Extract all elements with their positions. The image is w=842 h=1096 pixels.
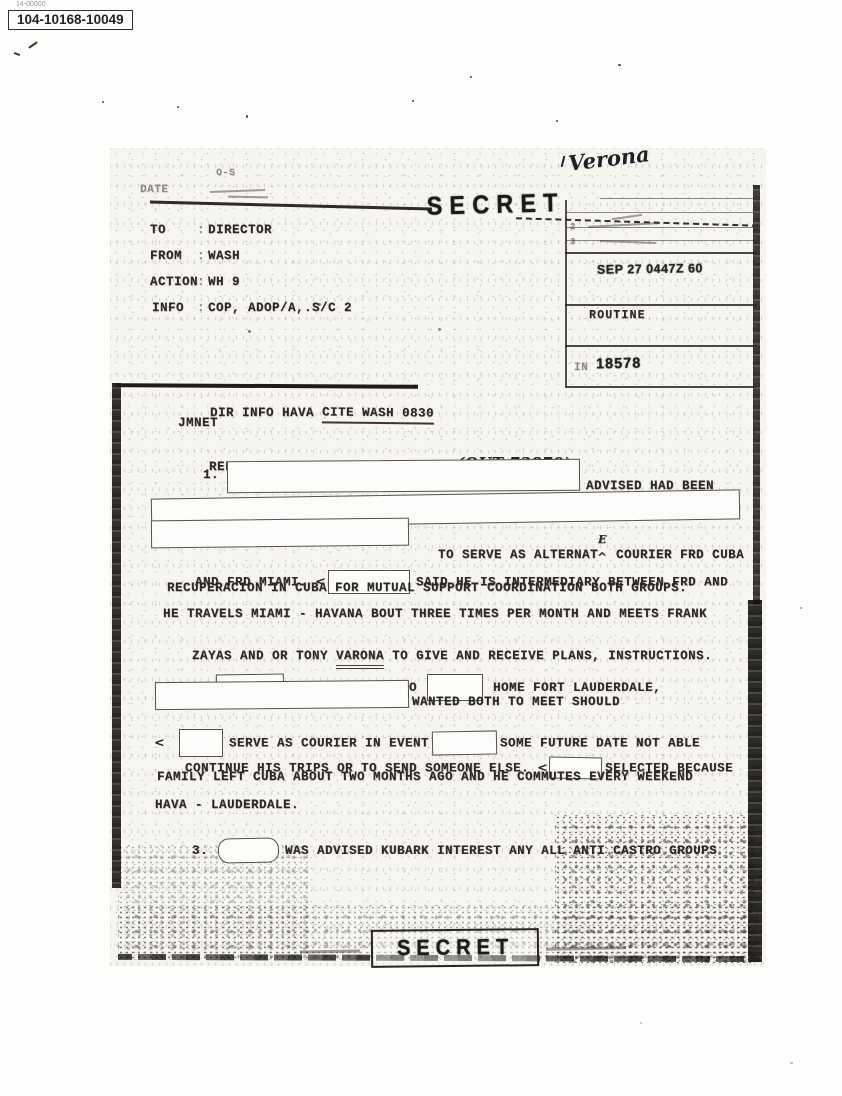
- record-number-box: 104-10168-10049: [8, 10, 133, 30]
- cite-underlined: CITE WASH 0830: [322, 404, 434, 424]
- faint-orig-mark: O-S: [216, 166, 236, 182]
- info-value: COP, ADOP/A,.S/C 2: [208, 300, 352, 316]
- to-label: TO: [150, 222, 166, 238]
- redaction-box: [151, 518, 409, 549]
- action-label: ACTION: [150, 274, 198, 290]
- speck: [412, 100, 414, 102]
- scan-edge-right-upper: [753, 185, 760, 605]
- body-line-para3: 3. WAS ADVISED KUBARK INTEREST ANY ALL A…: [160, 822, 717, 879]
- from-sep: :: [197, 248, 205, 264]
- to-sep: :: [197, 222, 205, 238]
- speck: [618, 64, 621, 66]
- text: HOME FORT LAUDERDALE,: [485, 681, 661, 695]
- table-line: [565, 304, 757, 306]
- action-value: WH 9: [208, 274, 240, 290]
- secret-stamp-bottom-box: SECRET: [371, 928, 539, 968]
- speck: [556, 120, 558, 122]
- redaction-box: [155, 680, 409, 710]
- body-line-continue: CONTINUE HIS TRIPS OR TO SEND SOMEONE EL…: [153, 741, 733, 795]
- speck: [438, 328, 441, 331]
- speck: [640, 1022, 642, 1024]
- table-line: [565, 252, 757, 254]
- text: WAS ADVISED KUBARK INTEREST ANY ALL ANTI…: [285, 844, 717, 858]
- speck: [248, 330, 251, 333]
- action-sep: :: [197, 274, 205, 290]
- body-line-wanted: WANTED BOTH TO MEET SHOULD: [412, 694, 620, 710]
- grid-line: [566, 212, 754, 213]
- secret-stamp-top: SECRET: [426, 188, 565, 222]
- date-label: DATE: [140, 182, 168, 198]
- scan-edge-right-lower: [748, 600, 762, 962]
- scanned-page: 14-00000 104-10168-10049 O-S DATE SECRET…: [0, 0, 842, 1096]
- para-1-number: 1.: [203, 467, 219, 483]
- table-line: [565, 386, 757, 388]
- speck: [177, 106, 179, 108]
- speck: [246, 115, 248, 118]
- from-label: FROM: [150, 248, 182, 264]
- speck: [102, 101, 104, 103]
- table-line: [565, 345, 757, 347]
- body-line-jmnet: JMNET: [178, 415, 218, 431]
- cite-prefix: DIR INFO HAVA: [210, 406, 322, 420]
- speck: [800, 607, 802, 609]
- grid-digit: 3: [570, 234, 576, 250]
- pen-mark: [28, 41, 37, 48]
- body-line-recuperacion: RECUPERACION IN CUBA FOR MUTUAL SUPPORT …: [167, 580, 687, 596]
- from-value: WASH: [208, 248, 240, 264]
- record-number: 104-10168-10049: [17, 12, 124, 27]
- redaction-box: [227, 459, 580, 493]
- speck: [470, 76, 472, 78]
- body-line-hava: HAVA - LAUDERDALE.: [155, 797, 299, 813]
- pen-mark: [14, 52, 20, 56]
- body-line-travels: HE TRAVELS MIAMI - HAVANA BOUT THREE TIM…: [163, 606, 707, 622]
- in-number: 18578: [596, 356, 642, 373]
- para-3-number: 3.: [192, 844, 216, 858]
- grid-line: [600, 198, 754, 199]
- in-prefix: IN: [574, 360, 588, 376]
- grid-digit: 2: [570, 219, 576, 235]
- corner-mark: 14-00000: [16, 1, 46, 8]
- to-value: DIRECTOR: [208, 222, 272, 238]
- insert-letter: E: [598, 533, 607, 546]
- table-line-vertical: [565, 200, 567, 387]
- scan-edge-left: [112, 383, 121, 888]
- info-label: INFO: [152, 300, 184, 316]
- info-sep: :: [197, 300, 205, 316]
- body-line-family: FAMILY LEFT CUBA ABOUT TWO MONTHS AGO AN…: [157, 769, 693, 785]
- date-time-stamp: SEP 27 0447Z 60: [597, 261, 703, 276]
- precedence-stamp: ROUTINE: [589, 308, 646, 324]
- grid-line: [566, 240, 754, 241]
- redaction-box: [218, 837, 279, 863]
- speck: [790, 1062, 793, 1064]
- secret-stamp-bottom: SECRET: [397, 935, 514, 962]
- speck: [318, 303, 321, 306]
